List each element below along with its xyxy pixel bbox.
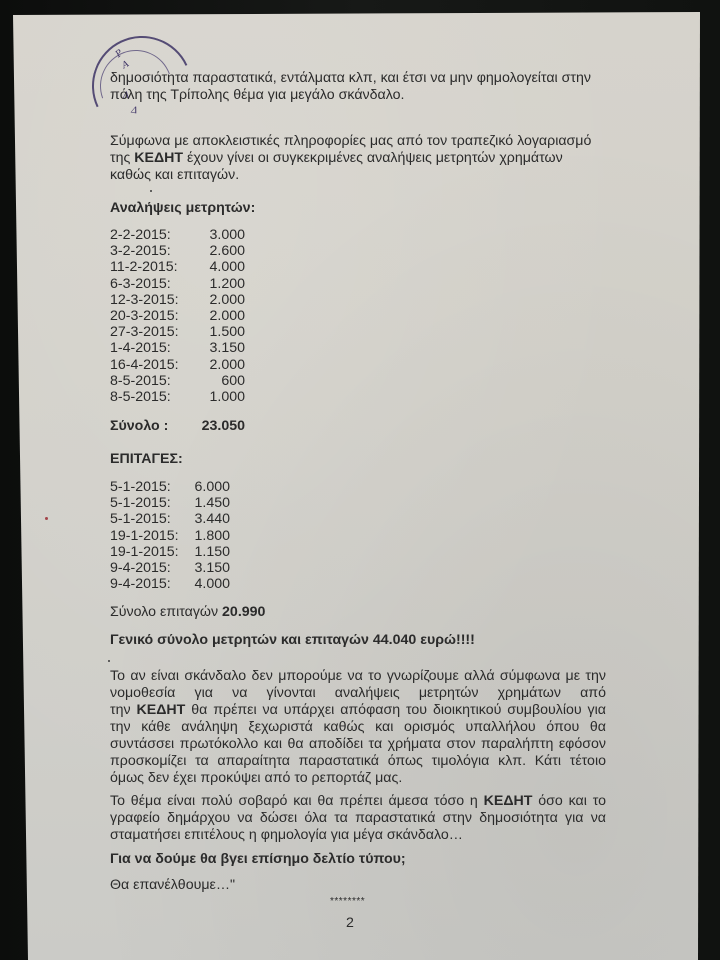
- text: θα πρέπει να υπάρχει απόφαση του διοικητ…: [185, 702, 606, 718]
- paragraph-line: γραφείο δημάρχου να δώσει όλα τα παραστα…: [110, 810, 606, 828]
- withdrawals-total: Σύνολο : 23.050: [110, 418, 270, 435]
- separator: ********: [330, 893, 365, 911]
- cheques-heading: ΕΠΙΤΑΓΕΣ:: [110, 451, 183, 469]
- row-amount: 3.150: [209, 340, 245, 358]
- row-date: 5-1-2015:: [110, 479, 171, 497]
- row-amount: 2.000: [209, 292, 245, 310]
- paragraph-line: Το αν είναι σκάνδαλο δεν μπορούμε να το …: [110, 668, 606, 686]
- intro-line: πόλη της Τρίπολης θέμα για μεγάλο σκάνδα…: [110, 87, 404, 105]
- table-row: 6-3-2015:1.200: [110, 276, 270, 293]
- table-row: 5-1-2015:3.440: [110, 511, 270, 528]
- table-row: 5-1-2015:1.450: [110, 495, 270, 512]
- table-row: 9-4-2015:4.000: [110, 576, 270, 593]
- row-date: 27-3-2015:: [110, 324, 179, 342]
- row-amount: 2.000: [209, 308, 245, 326]
- withdrawals-heading: Αναλήψεις μετρητών:: [110, 200, 255, 218]
- text: της: [110, 150, 134, 166]
- table-row: 3-2-2015:2.600: [110, 243, 270, 260]
- paragraph-line: της ΚΕΔΗΤ έχουν γίνει οι συγκεκριμένες α…: [110, 150, 563, 168]
- closing-line: Θα επανέλθουμε…": [110, 877, 235, 895]
- row-date: 12-3-2015:: [110, 292, 179, 310]
- row-amount: 3.000: [209, 227, 245, 245]
- table-row: 2-2-2015:3.000: [110, 227, 270, 244]
- org-name: ΚΕΔΗΤ: [137, 702, 186, 718]
- question-line: Για να δούμε θα βγει επίσημο δελτίο τύπο…: [110, 851, 406, 869]
- ink-mark: [45, 517, 48, 520]
- total-value: 23.050: [202, 418, 245, 436]
- row-amount: 3.150: [194, 560, 230, 578]
- row-date: 11-2-2015:: [110, 259, 178, 277]
- text: έχουν γίνει οι συγκεκριμένες αναλήψεις μ…: [183, 150, 563, 166]
- table-row: 16-4-2015:2.000: [110, 357, 270, 374]
- row-date: 2-2-2015:: [110, 227, 171, 245]
- row-date: 9-4-2015:: [110, 576, 171, 594]
- table-row: 5-1-2015:6.000: [110, 479, 270, 496]
- table-row: 19-1-2015:1.150: [110, 544, 270, 561]
- row-amount: 1.000: [209, 389, 245, 407]
- paragraph-line: Σύμφωνα με αποκλειστικές πληροφορίες μας…: [110, 133, 591, 151]
- row-date: 1-4-2015:: [110, 340, 171, 358]
- total-label: Σύνολο :: [110, 418, 168, 436]
- row-amount: 3.440: [194, 511, 230, 529]
- paragraph-line: όμως δεν έχει προκύψει από το ρεπορτάζ μ…: [110, 770, 402, 788]
- paragraph-line: καθώς και επιταγών.: [110, 167, 239, 185]
- row-date: 19-1-2015:: [110, 544, 179, 562]
- row-amount: 2.000: [209, 357, 245, 375]
- speck: [108, 660, 110, 662]
- speck: [150, 190, 152, 192]
- paragraph-line: σταματήσει επιτέλους η φημολογία για μέγ…: [110, 827, 463, 845]
- row-amount: 1.150: [194, 544, 230, 562]
- table-row: 20-3-2015:2.000: [110, 308, 270, 325]
- row-amount: 2.600: [209, 243, 245, 261]
- paragraph-line: προσκομίζει τα απαραίτητα παραστατικά όπ…: [110, 753, 606, 771]
- row-date: 20-3-2015:: [110, 308, 179, 326]
- row-amount: 1.800: [194, 528, 230, 546]
- row-amount: 1.450: [194, 495, 230, 513]
- table-row: 12-3-2015:2.000: [110, 292, 270, 309]
- paragraph-line: την ΚΕΔΗΤ θα πρέπει να υπάρχει απόφαση τ…: [110, 702, 606, 720]
- text: Το θέμα είναι πολύ σοβαρό και θα πρέπει …: [110, 793, 484, 809]
- paragraph-line: την κάθε ανάληψη ξεχωριστά καθώς και ορι…: [110, 719, 606, 737]
- row-amount: 4.000: [194, 576, 230, 594]
- row-date: 3-2-2015:: [110, 243, 171, 261]
- row-date: 19-1-2015:: [110, 528, 179, 546]
- table-row: 19-1-2015:1.800: [110, 528, 270, 545]
- row-amount: 1.200: [209, 276, 245, 294]
- org-name: ΚΕΔΗΤ: [134, 150, 183, 166]
- table-row: 9-4-2015:3.150: [110, 560, 270, 577]
- text: την: [110, 702, 137, 718]
- total-value: 20.990: [222, 604, 265, 620]
- row-amount: 4.000: [209, 259, 245, 277]
- row-date: 8-5-2015:: [110, 389, 171, 407]
- row-date: 8-5-2015:: [110, 373, 171, 391]
- total-label: Σύνολο επιταγών: [110, 604, 218, 620]
- text: όσο και το: [532, 793, 606, 809]
- row-date: 5-1-2015:: [110, 511, 171, 529]
- intro-line: δημοσιότητα παραστατικά, εντάλματα κλπ, …: [110, 70, 591, 88]
- table-row: 8-5-2015:1.000: [110, 389, 270, 406]
- row-date: 9-4-2015:: [110, 560, 171, 578]
- document-page: Ρ Α Δ Λ δημοσιότητα παραστατικά, εντάλμα…: [0, 0, 720, 960]
- row-amount: 600: [221, 373, 245, 391]
- row-date: 16-4-2015:: [110, 357, 179, 375]
- org-name: ΚΕΔΗΤ: [484, 793, 533, 809]
- grand-total: Γενικό σύνολο μετρητών και επιταγών 44.0…: [110, 632, 475, 650]
- row-date: 5-1-2015:: [110, 495, 171, 513]
- page-number: 2: [346, 915, 354, 933]
- paragraph-line: νομοθεσία για να γίνονται αναλήψεις μετρ…: [110, 685, 606, 703]
- cheques-total: Σύνολο επιταγών 20.990: [110, 604, 265, 622]
- row-date: 6-3-2015:: [110, 276, 171, 294]
- paragraph-line: συντάσσει πρωτόκολλο και θα αποδίδει τα …: [110, 736, 606, 754]
- paragraph-line: Το θέμα είναι πολύ σοβαρό και θα πρέπει …: [110, 793, 606, 811]
- table-row: 1-4-2015:3.150: [110, 340, 270, 357]
- row-amount: 1.500: [209, 324, 245, 342]
- row-amount: 6.000: [194, 479, 230, 497]
- table-row: 8-5-2015:600: [110, 373, 270, 390]
- table-row: 11-2-2015:4.000: [110, 259, 270, 276]
- photo-background: Ρ Α Δ Λ δημοσιότητα παραστατικά, εντάλμα…: [0, 0, 720, 960]
- table-row: 27-3-2015:1.500: [110, 324, 270, 341]
